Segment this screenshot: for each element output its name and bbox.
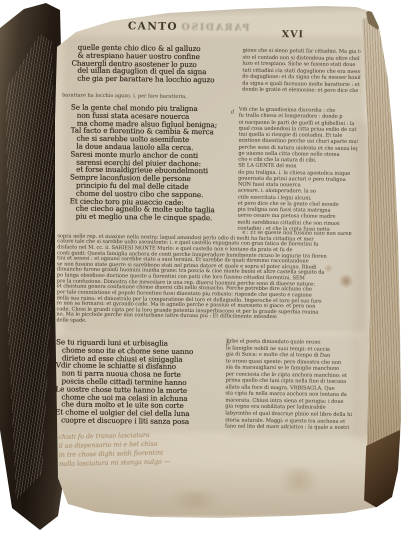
book-photograph: CANTO PARADISO XVI quelle gente chio dic… (0, 0, 416, 555)
commentary-right-middle: Vdi che la grandissima discordia : chefu… (237, 107, 358, 233)
text-line: cuopre et discuopre i liti sanza posa (61, 416, 227, 426)
verse-block-2: Se la gente chel mondo piu tralignanon f… (70, 104, 237, 223)
running-title-canto: CANTO (128, 20, 178, 33)
verse-block-3: Se tu riguardi luni et urbisagliachome s… (55, 338, 228, 426)
text-line: piu et meglio una che le cinque spade. (76, 213, 236, 223)
commentary-right-bottom: Erbe el poeta dimandato quale eronole fa… (225, 338, 354, 431)
canto-number: XVI (282, 29, 304, 40)
commentary-full-width-band: e : Et se queste non fussino nate non sa… (56, 228, 351, 327)
text-line: che gia per barattare ha locchio aguzo (77, 75, 237, 85)
commentary-right-top: gione che si sieno potuti far cittadini.… (242, 48, 361, 95)
marginal-guide-letter-d: d (231, 109, 235, 115)
left-page-text-texture (4, 28, 58, 502)
page-curvature-shadow (58, 462, 402, 516)
text-line: dendo le gratie et elemosine: et pero di… (242, 87, 360, 95)
verse-block-1: quelle gente chio dico & al galluzo& atr… (71, 44, 237, 85)
text-line: fano nel lito del mare adriatico : la qu… (225, 424, 353, 432)
ghost-offset-title: PARADISO (180, 22, 250, 34)
interlinear-gloss: barattare ha locchio aguzo. i. per fare … (62, 92, 187, 100)
book-page: CANTO PARADISO XVI quelle gente chio dic… (0, 0, 416, 555)
